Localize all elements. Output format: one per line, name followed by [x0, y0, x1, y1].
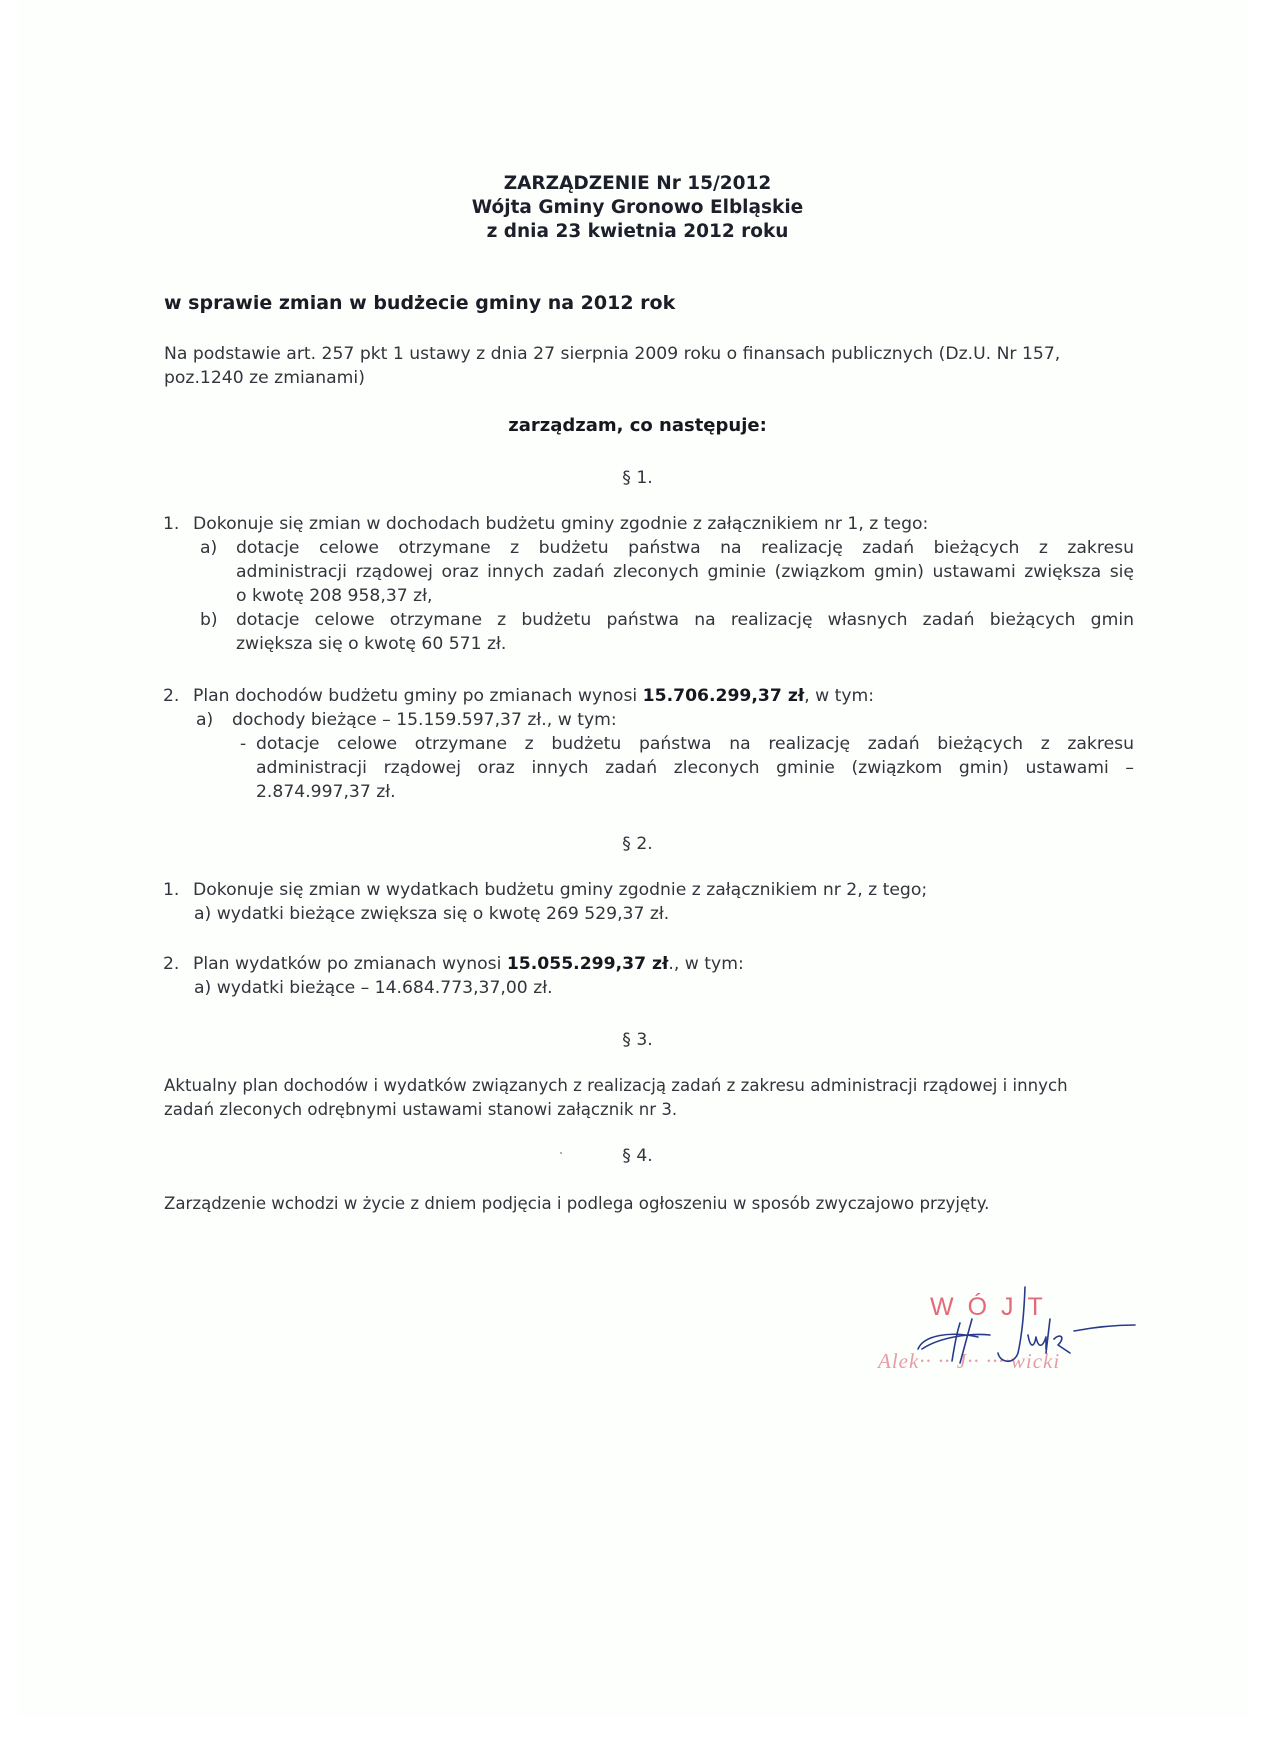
s1-p1-b-line-2: zwiększa się o kwotę 60 571 zł. — [236, 632, 506, 656]
handwritten-signature-icon — [860, 1275, 1140, 1385]
s1-p2-dash-line-2: administracji rządowej oraz innych zadań… — [256, 756, 1134, 780]
section-2-heading: § 2. — [0, 832, 1275, 856]
s3-line-1: Aktualny plan dochodów i wydatków związa… — [164, 1074, 1068, 1098]
s4-text: Zarządzenie wchodzi w życie z dniem podj… — [164, 1192, 989, 1216]
s1-p2-text-after: , w tym: — [804, 686, 874, 706]
ordinance-date: z dnia 23 kwietnia 2012 roku — [0, 220, 1275, 244]
s2-p2-text-before: Plan wydatków po zmianach wynosi — [193, 954, 507, 974]
s1-p2-dash-line-1: dotacje celowe otrzymane z budżetu państ… — [256, 732, 1134, 756]
s1-p1-number: 1. — [163, 512, 179, 536]
s1-p1-a-line-3: o kwotę 208 958,37 zł, — [236, 584, 433, 608]
section-4-heading: § 4. — [0, 1144, 1275, 1168]
s1-p1-text: Dokonuje się zmian w dochodach budżetu g… — [193, 512, 928, 536]
intro-clause: zarządzam, co następuje: — [0, 414, 1275, 438]
ordinance-number: ZARZĄDZENIE Nr 15/2012 — [0, 172, 1275, 196]
s2-p2-text-after: ., w tym: — [668, 954, 743, 974]
scanned-page — [18, 0, 1248, 1717]
s1-p2-text: Plan dochodów budżetu gminy po zmianach … — [193, 684, 874, 708]
legal-basis-line-2: poz.1240 ze zmianami) — [164, 366, 365, 390]
s2-p2-number: 2. — [163, 952, 179, 976]
s2-p1-text: Dokonuje się zmian w wydatkach budżetu g… — [193, 878, 927, 902]
legal-basis-line-1: Na podstawie art. 257 pkt 1 ustawy z dni… — [164, 342, 1060, 366]
s1-p2-a-label: a) — [196, 708, 213, 732]
s2-p1-number: 1. — [163, 878, 179, 902]
s1-p1-b-line-1: dotacje celowe otrzymane z budżetu państ… — [236, 608, 1134, 632]
planned-expenditure-amount: 15.055.299,37 zł — [507, 954, 669, 974]
s2-p2-text: Plan wydatków po zmianach wynosi 15.055.… — [193, 952, 744, 976]
s1-p2-text-before: Plan dochodów budżetu gminy po zmianach … — [193, 686, 643, 706]
issuing-authority: Wójta Gminy Gronowo Elbląskie — [0, 196, 1275, 220]
s1-p1-a-line-1: dotacje celowe otrzymane z budżetu państ… — [236, 536, 1134, 560]
s1-p2-dash: - — [240, 732, 246, 756]
s1-p1-a-line-2: administracji rządowej oraz innych zadań… — [236, 560, 1134, 584]
ordinance-subject: w sprawie zmian w budżecie gminy na 2012… — [164, 292, 675, 314]
planned-revenue-amount: 15.706.299,37 zł — [643, 686, 805, 706]
section-1-heading: § 1. — [0, 466, 1275, 490]
s3-line-2: zadań zleconych odrębnymi ustawami stano… — [164, 1098, 677, 1122]
s1-p1-b-label: b) — [200, 608, 218, 632]
s1-p2-a-text: dochody bieżące – 15.159.597,37 zł., w t… — [232, 708, 617, 732]
s2-p2-a-text: a) wydatki bieżące – 14.684.773,37,00 zł… — [194, 976, 553, 1000]
s1-p1-a-label: a) — [200, 536, 217, 560]
s2-p1-a-text: a) wydatki bieżące zwiększa się o kwotę … — [194, 902, 669, 926]
signature-block: WÓJT Alek·· ·· J·· ····wicki — [860, 1275, 1140, 1385]
section-3-heading: § 3. — [0, 1028, 1275, 1052]
s1-p2-dash-line-3: 2.874.997,37 zł. — [256, 780, 396, 804]
s1-p2-number: 2. — [163, 684, 179, 708]
